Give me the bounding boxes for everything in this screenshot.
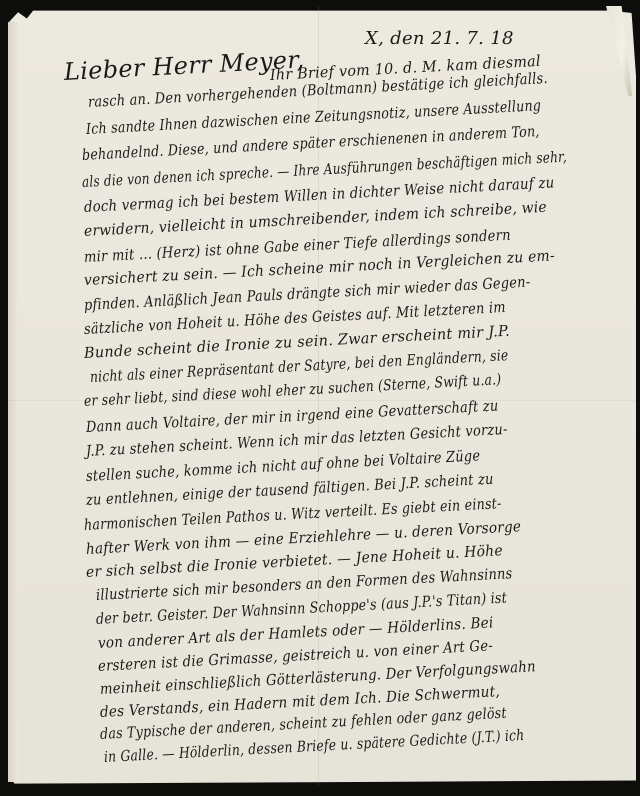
letter-date: X, den 21. 7. 18 [365,28,514,49]
paper-left-edge [8,22,18,782]
